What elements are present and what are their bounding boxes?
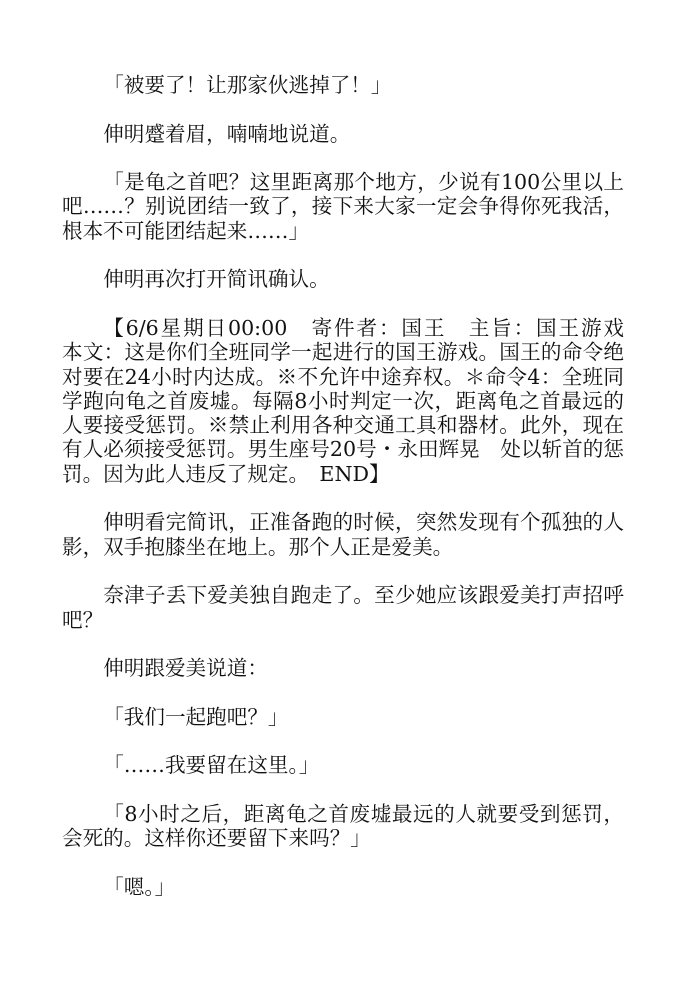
paragraph-9: 「我们一起跑吧？」 [62, 705, 624, 729]
paragraph-10: 「……我要留在这里。」 [62, 753, 624, 777]
paragraph-7: 奈津子丢下爱美独自跑走了。至少她应该跟爱美打声招呼吧？ [62, 583, 624, 632]
paragraph-8: 伸明跟爱美说道： [62, 656, 624, 680]
paragraph-11: 「8小时之后，距离龟之首废墟最远的人就要受到惩罚，会死的。这样你还要留下来吗？」 [62, 802, 624, 851]
paragraph-6: 伸明看完简讯，正准备跑的时候，突然发现有个孤独的人影，双手抱膝坐在地上。那个人正… [62, 510, 624, 559]
paragraph-3: 「是龟之首吧？这里距离那个地方，少说有100公里以上吧……？别说团结一致了，接下… [62, 170, 624, 243]
paragraph-12: 「嗯。」 [62, 875, 624, 899]
paragraph-2: 伸明蹙着眉，喃喃地说道。 [62, 122, 624, 146]
paragraph-1: 「被要了！让那家伙逃掉了！」 [62, 73, 624, 97]
message-notice: 【6/6星期日00:00 寄件者：国王 主旨：国王游戏 本文：这是你们全班同学一… [62, 316, 624, 486]
paragraph-4: 伸明再次打开简讯确认。 [62, 267, 624, 291]
document-page: 「被要了！让那家伙逃掉了！」 伸明蹙着眉，喃喃地说道。 「是龟之首吧？这里距离那… [62, 73, 624, 923]
